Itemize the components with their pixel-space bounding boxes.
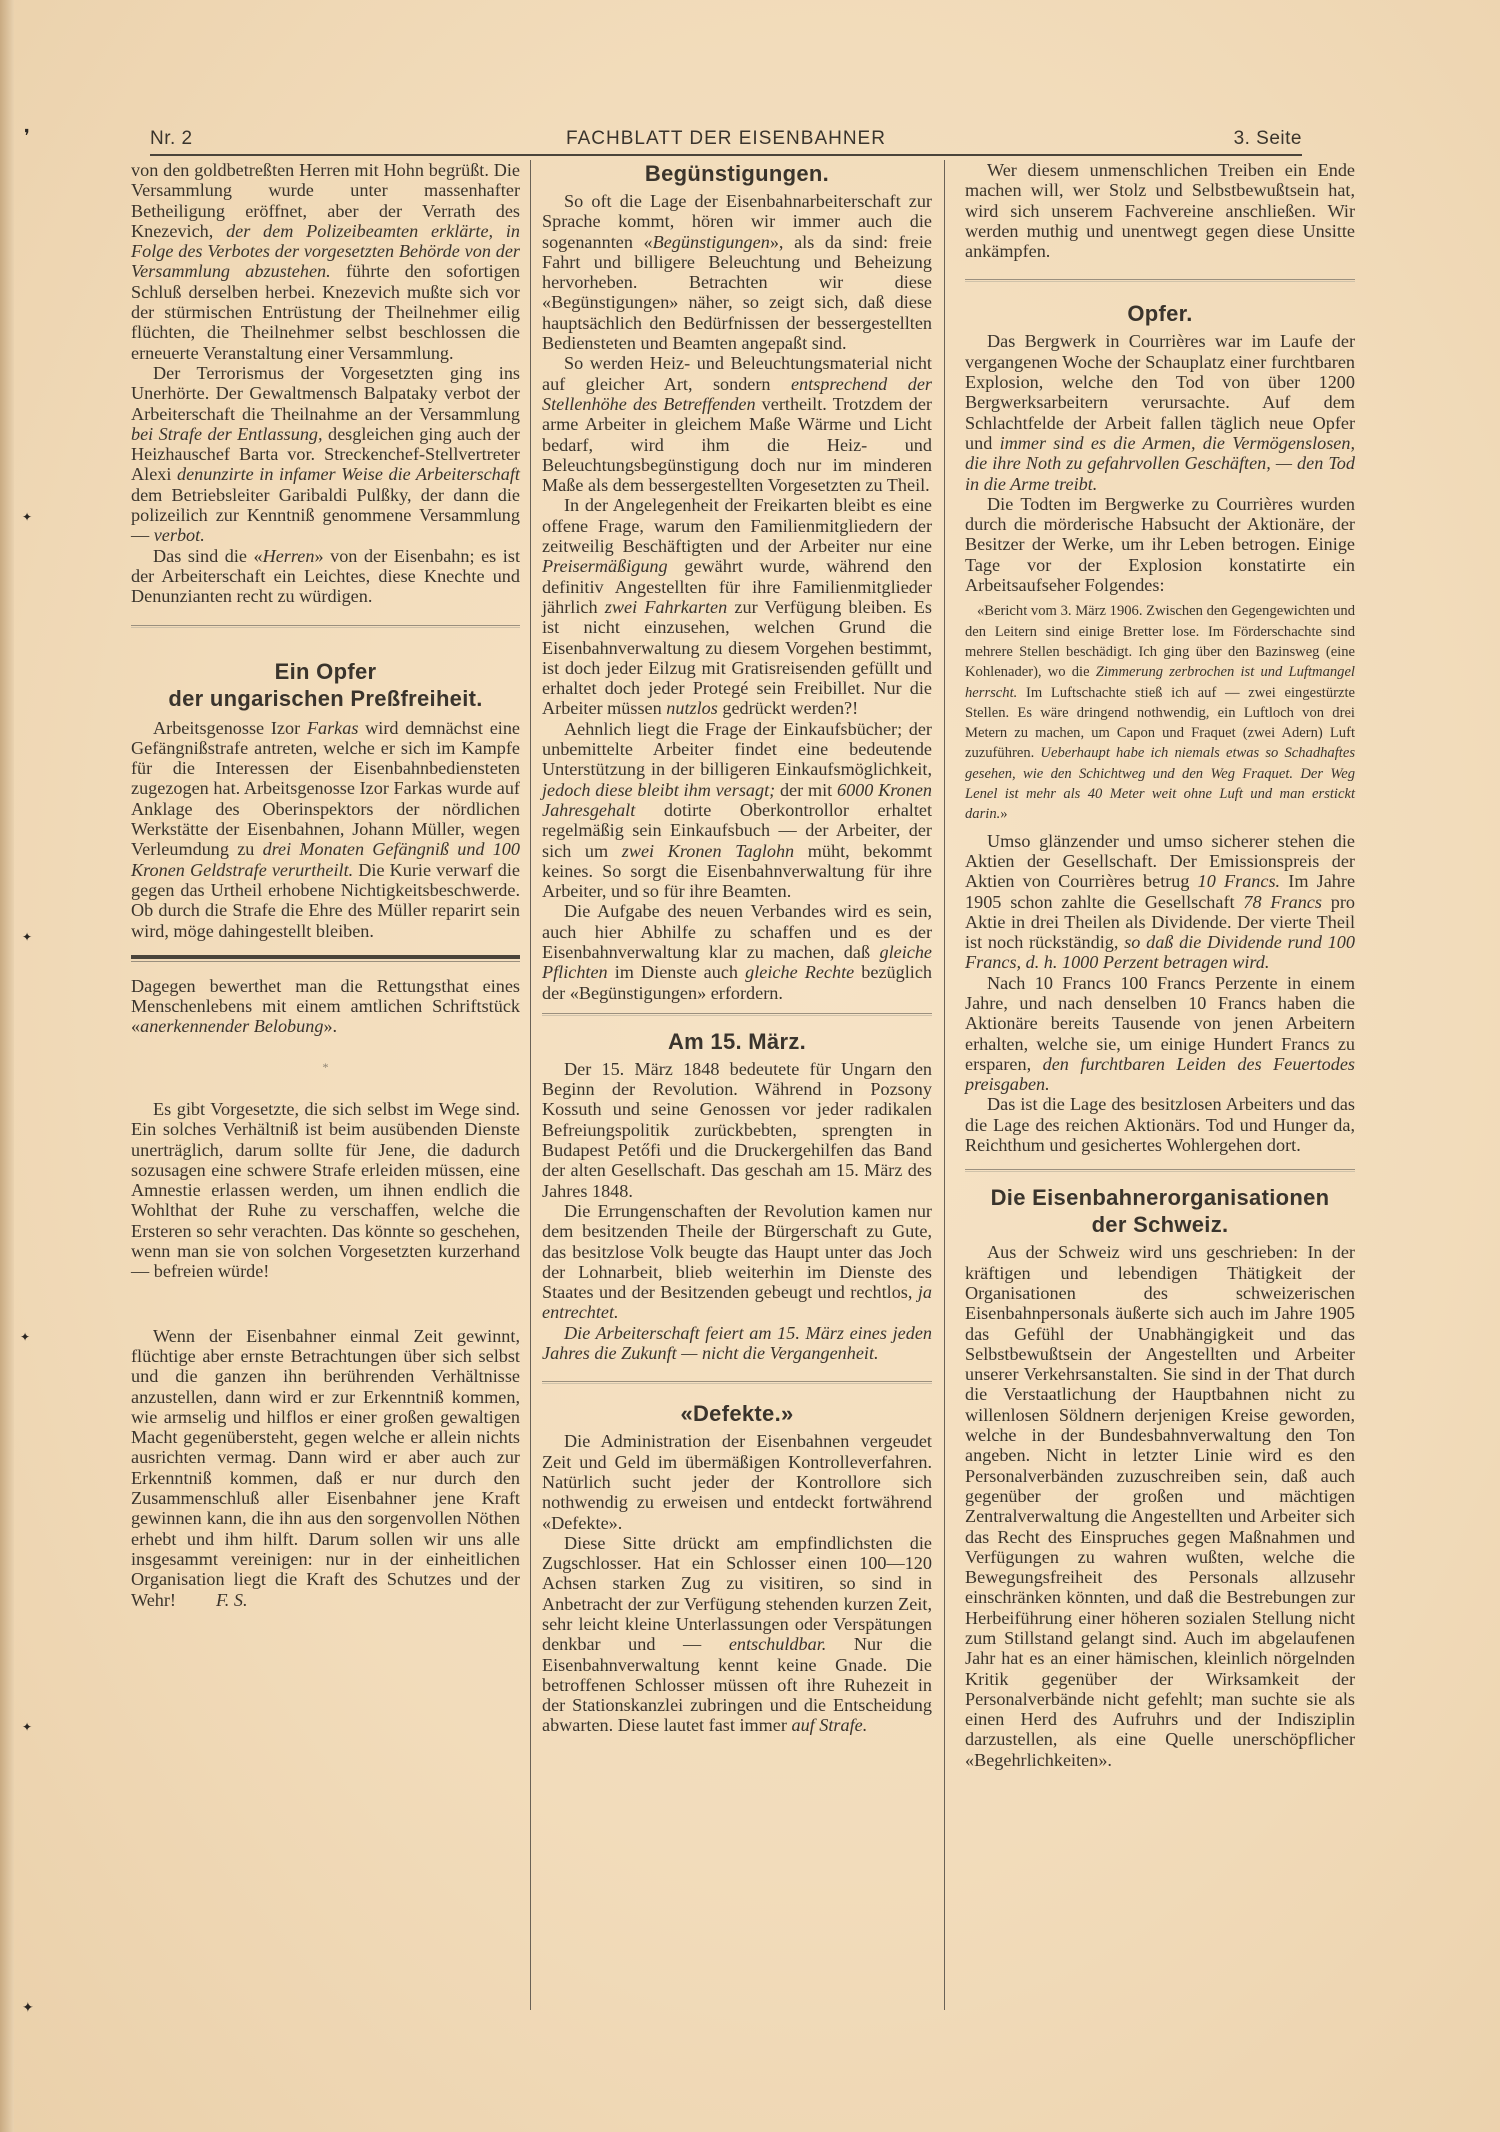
paragraph: Wer diesem unmenschlichen Treiben ein En… <box>965 160 1355 261</box>
article-schweiz: Die Eisenbahnerorganisationen der Schwei… <box>965 1184 1355 1770</box>
italic-text: so daß die Dividende rund 100 Francs, d.… <box>965 932 1355 972</box>
title-line: Die Eisenbahnerorganisationen <box>991 1185 1330 1210</box>
title-line: der Schweiz. <box>1092 1212 1229 1237</box>
paragraph: Die Administration der Eisenbahnen verge… <box>542 1431 932 1532</box>
title-line: Ein Opfer <box>275 659 377 684</box>
italic-text: jedoch diese bleibt ihm versagt; <box>542 780 775 800</box>
margin-mark: ✦ <box>22 930 32 945</box>
italic-text: zwei Fahrkarten <box>605 597 727 617</box>
paragraph: Wenn der Eisenbahner einmal Zeit gewinnt… <box>131 1326 520 1610</box>
italic-text: der dem Polizeibeamten erklärte, in Folg… <box>131 221 520 282</box>
paragraph-text: Wenn der Eisenbahner einmal Zeit gewinnt… <box>131 1326 520 1610</box>
article-beguenstigungen: Begünstigungen. So oft die Lage der Eise… <box>542 160 932 1003</box>
paragraph: Es gibt Vorgesetzte, die sich selbst im … <box>131 1099 520 1282</box>
paragraph: Der Terrorismus der Vorgesetzten ging in… <box>131 363 520 546</box>
block-quote: «Bericht vom 3. März 1906. Zwischen den … <box>965 601 1355 824</box>
paragraph: So oft die Lage der Eisenbahnarbeitersch… <box>542 191 932 353</box>
column-divider <box>530 160 531 2010</box>
paragraph: Die Todten im Bergwerke zu Courrières wu… <box>965 494 1355 595</box>
article-title: Begünstigungen. <box>542 160 932 187</box>
paragraph: Die Arbeiterschaft feiert am 15. März ei… <box>542 1323 932 1364</box>
column-1: von den goldbetreßten Herren mit Hohn be… <box>131 160 520 1610</box>
italic-text: gleiche Rechte <box>745 962 854 982</box>
article-am-15-maerz: Am 15. März. Der 15. März 1848 bedeutete… <box>542 1028 932 1363</box>
italic-text: drei Monaten Gefängniß und 100 Kronen Ge… <box>131 839 520 879</box>
column-2: Begünstigungen. So oft die Lage der Eise… <box>542 160 932 1736</box>
paragraph: Diese Sitte drückt am empfindlichsten di… <box>542 1533 932 1736</box>
paragraph: Der 15. März 1848 bedeutete für Ungarn d… <box>542 1059 932 1201</box>
article-opfer: Opfer. Das Bergwerk in Courrières war im… <box>965 300 1355 1155</box>
paragraph: Das ist die Lage des besitzlosen Arbeite… <box>965 1094 1355 1155</box>
article-ein-opfer: Ein Opfer der ungarischen Preßfreiheit. … <box>131 658 520 941</box>
section-divider <box>965 1169 1355 1172</box>
author-signature: F. S. <box>216 1590 248 1610</box>
title-line: der ungarischen Preßfreiheit. <box>168 686 482 711</box>
margin-mark: ✦ <box>22 2000 34 2017</box>
italic-text: bei Strafe der Entlassung, <box>131 424 323 444</box>
paragraph: Das Bergwerk in Courrières war im Laufe … <box>965 331 1355 493</box>
paragraph: Die Aufgabe des neuen Verbandes wird es … <box>542 901 932 1002</box>
italic-text: Zimmerung zerbrochen ist und Luftmangel … <box>965 664 1355 700</box>
margin-mark: ✦ <box>22 510 32 525</box>
paragraph: von den goldbetreßten Herren mit Hohn be… <box>131 160 520 363</box>
paragraph: Aehnlich liegt die Frage der Einkaufsbüc… <box>542 719 932 902</box>
italic-text: immer sind es die Armen, die Vermögenslo… <box>965 433 1355 494</box>
section-divider <box>542 1013 932 1016</box>
column-3: Wer diesem unmenschlichen Treiben ein En… <box>965 160 1355 1770</box>
italic-text: gleiche Pflichten <box>542 942 932 982</box>
section-divider <box>965 279 1355 282</box>
page-number: 3. Seite <box>1234 128 1302 150</box>
article-title: Ein Opfer der ungarischen Preßfreiheit. <box>131 658 520 712</box>
italic-text: ja entrechtet. <box>542 1282 932 1322</box>
italic-text: Ueberhaupt habe ich niemals etwas so Sch… <box>965 745 1355 822</box>
page-header: Nr. 2 FACHBLATT DER EISENBAHNER 3. Seite <box>150 128 1302 156</box>
italic-text: Herren <box>263 546 315 566</box>
section-divider <box>131 625 520 628</box>
italic-text: Preisermäßigung <box>542 556 668 576</box>
paragraph: Arbeitsgenosse Izor Farkas wird demnächs… <box>131 718 520 941</box>
article-title: Opfer. <box>965 300 1355 327</box>
paragraph: In der Angelegenheit der Freikarten blei… <box>542 495 932 718</box>
page-left-edge <box>0 0 14 2132</box>
italic-text: 10 Francs. <box>1198 871 1280 891</box>
italic-text: entsprechend der Stellenhöhe des Betreff… <box>542 374 932 414</box>
article-title: «Defekte.» <box>542 1400 932 1427</box>
paragraph: Umso glänzender und umso sicherer stehen… <box>965 831 1355 973</box>
asterisk-separator: * <box>131 1057 520 1077</box>
quote-text: «Bericht vom 3. März 1906. Zwischen den … <box>965 601 1355 824</box>
italic-text: Farkas <box>307 718 359 738</box>
paragraph: Dagegen bewerthet man die Rettungsthat e… <box>131 976 520 1037</box>
paragraph: Die Errungenschaften der Revolution kame… <box>542 1201 932 1323</box>
section-divider <box>542 1381 932 1384</box>
italic-text: Begünstigungen <box>653 232 770 252</box>
paragraph: Aus der Schweiz wird uns geschrieben: In… <box>965 1242 1355 1770</box>
paragraph: Das sind die «Herren» von der Eisenbahn;… <box>131 546 520 607</box>
column-divider <box>944 160 945 2010</box>
italic-text: verbot. <box>154 525 205 545</box>
margin-mark: ✦ <box>22 1720 32 1735</box>
italic-text: nutzlos <box>666 698 718 718</box>
italic-text: anerkennender Belobung <box>140 1016 323 1036</box>
italic-text: auf Strafe. <box>791 1715 867 1735</box>
paragraph: Nach 10 Francs 100 Francs Perzente in ei… <box>965 973 1355 1095</box>
newspaper-title: FACHBLATT DER EISENBAHNER <box>150 128 1302 150</box>
margin-mark: ❜ <box>24 126 30 147</box>
italic-text: Die Arbeiterschaft feiert am 15. März ei… <box>542 1323 932 1363</box>
paragraph: So werden Heiz- und Beleuchtungsmaterial… <box>542 353 932 495</box>
article-title: Die Eisenbahnerorganisationen der Schwei… <box>965 1184 1355 1238</box>
article-defekte: «Defekte.» Die Administration der Eisenb… <box>542 1400 932 1735</box>
italic-text: entschuldbar. <box>729 1634 827 1654</box>
article-title: Am 15. März. <box>542 1028 932 1055</box>
margin-mark: ✦ <box>20 1330 30 1345</box>
italic-text: zwei Kronen Taglohn <box>622 841 794 861</box>
italic-text: 78 Francs <box>1243 892 1322 912</box>
italic-text: den furchtbaren Leiden des Feuertodes pr… <box>965 1054 1355 1094</box>
italic-text: denunzirte in infamer Weise die Arbeiter… <box>177 464 520 484</box>
section-divider-thick <box>131 955 520 962</box>
